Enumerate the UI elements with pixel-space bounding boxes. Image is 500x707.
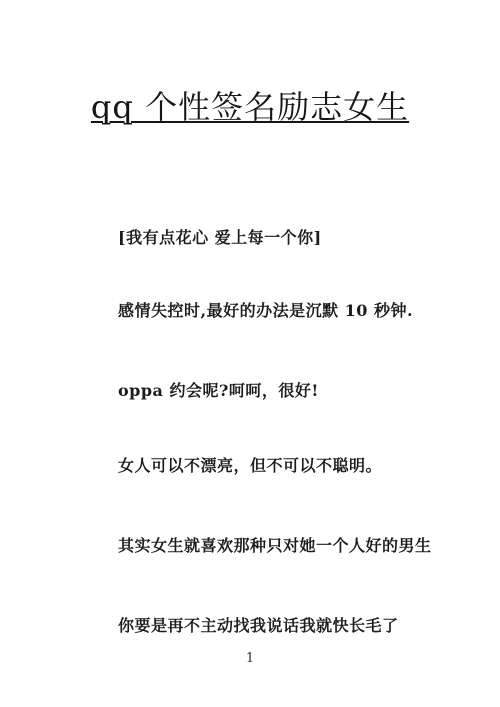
paragraph-3: oppa 约会呢?呵呵，很好! — [118, 381, 460, 401]
paragraph-1: [我有点花心 爱上每一个你] — [118, 228, 460, 248]
document-page: qq 个性签名励志女生 [我有点花心 爱上每一个你] 感情失控时,最好的办法是沉… — [0, 0, 500, 707]
page-number: 1 — [0, 651, 500, 666]
document-title: qq 个性签名励志女生 — [0, 82, 500, 128]
paragraph-2: 感情失控时,最好的办法是沉默 10 秒钟. — [118, 301, 460, 321]
paragraph-4: 女人可以不漂亮，但不可以不聪明。 — [118, 456, 460, 476]
paragraph-5: 其实女生就喜欢那种只对她一个人好的男生 — [118, 536, 460, 556]
paragraph-6: 你要是再不主动找我说话我就快长毛了 — [118, 616, 460, 636]
